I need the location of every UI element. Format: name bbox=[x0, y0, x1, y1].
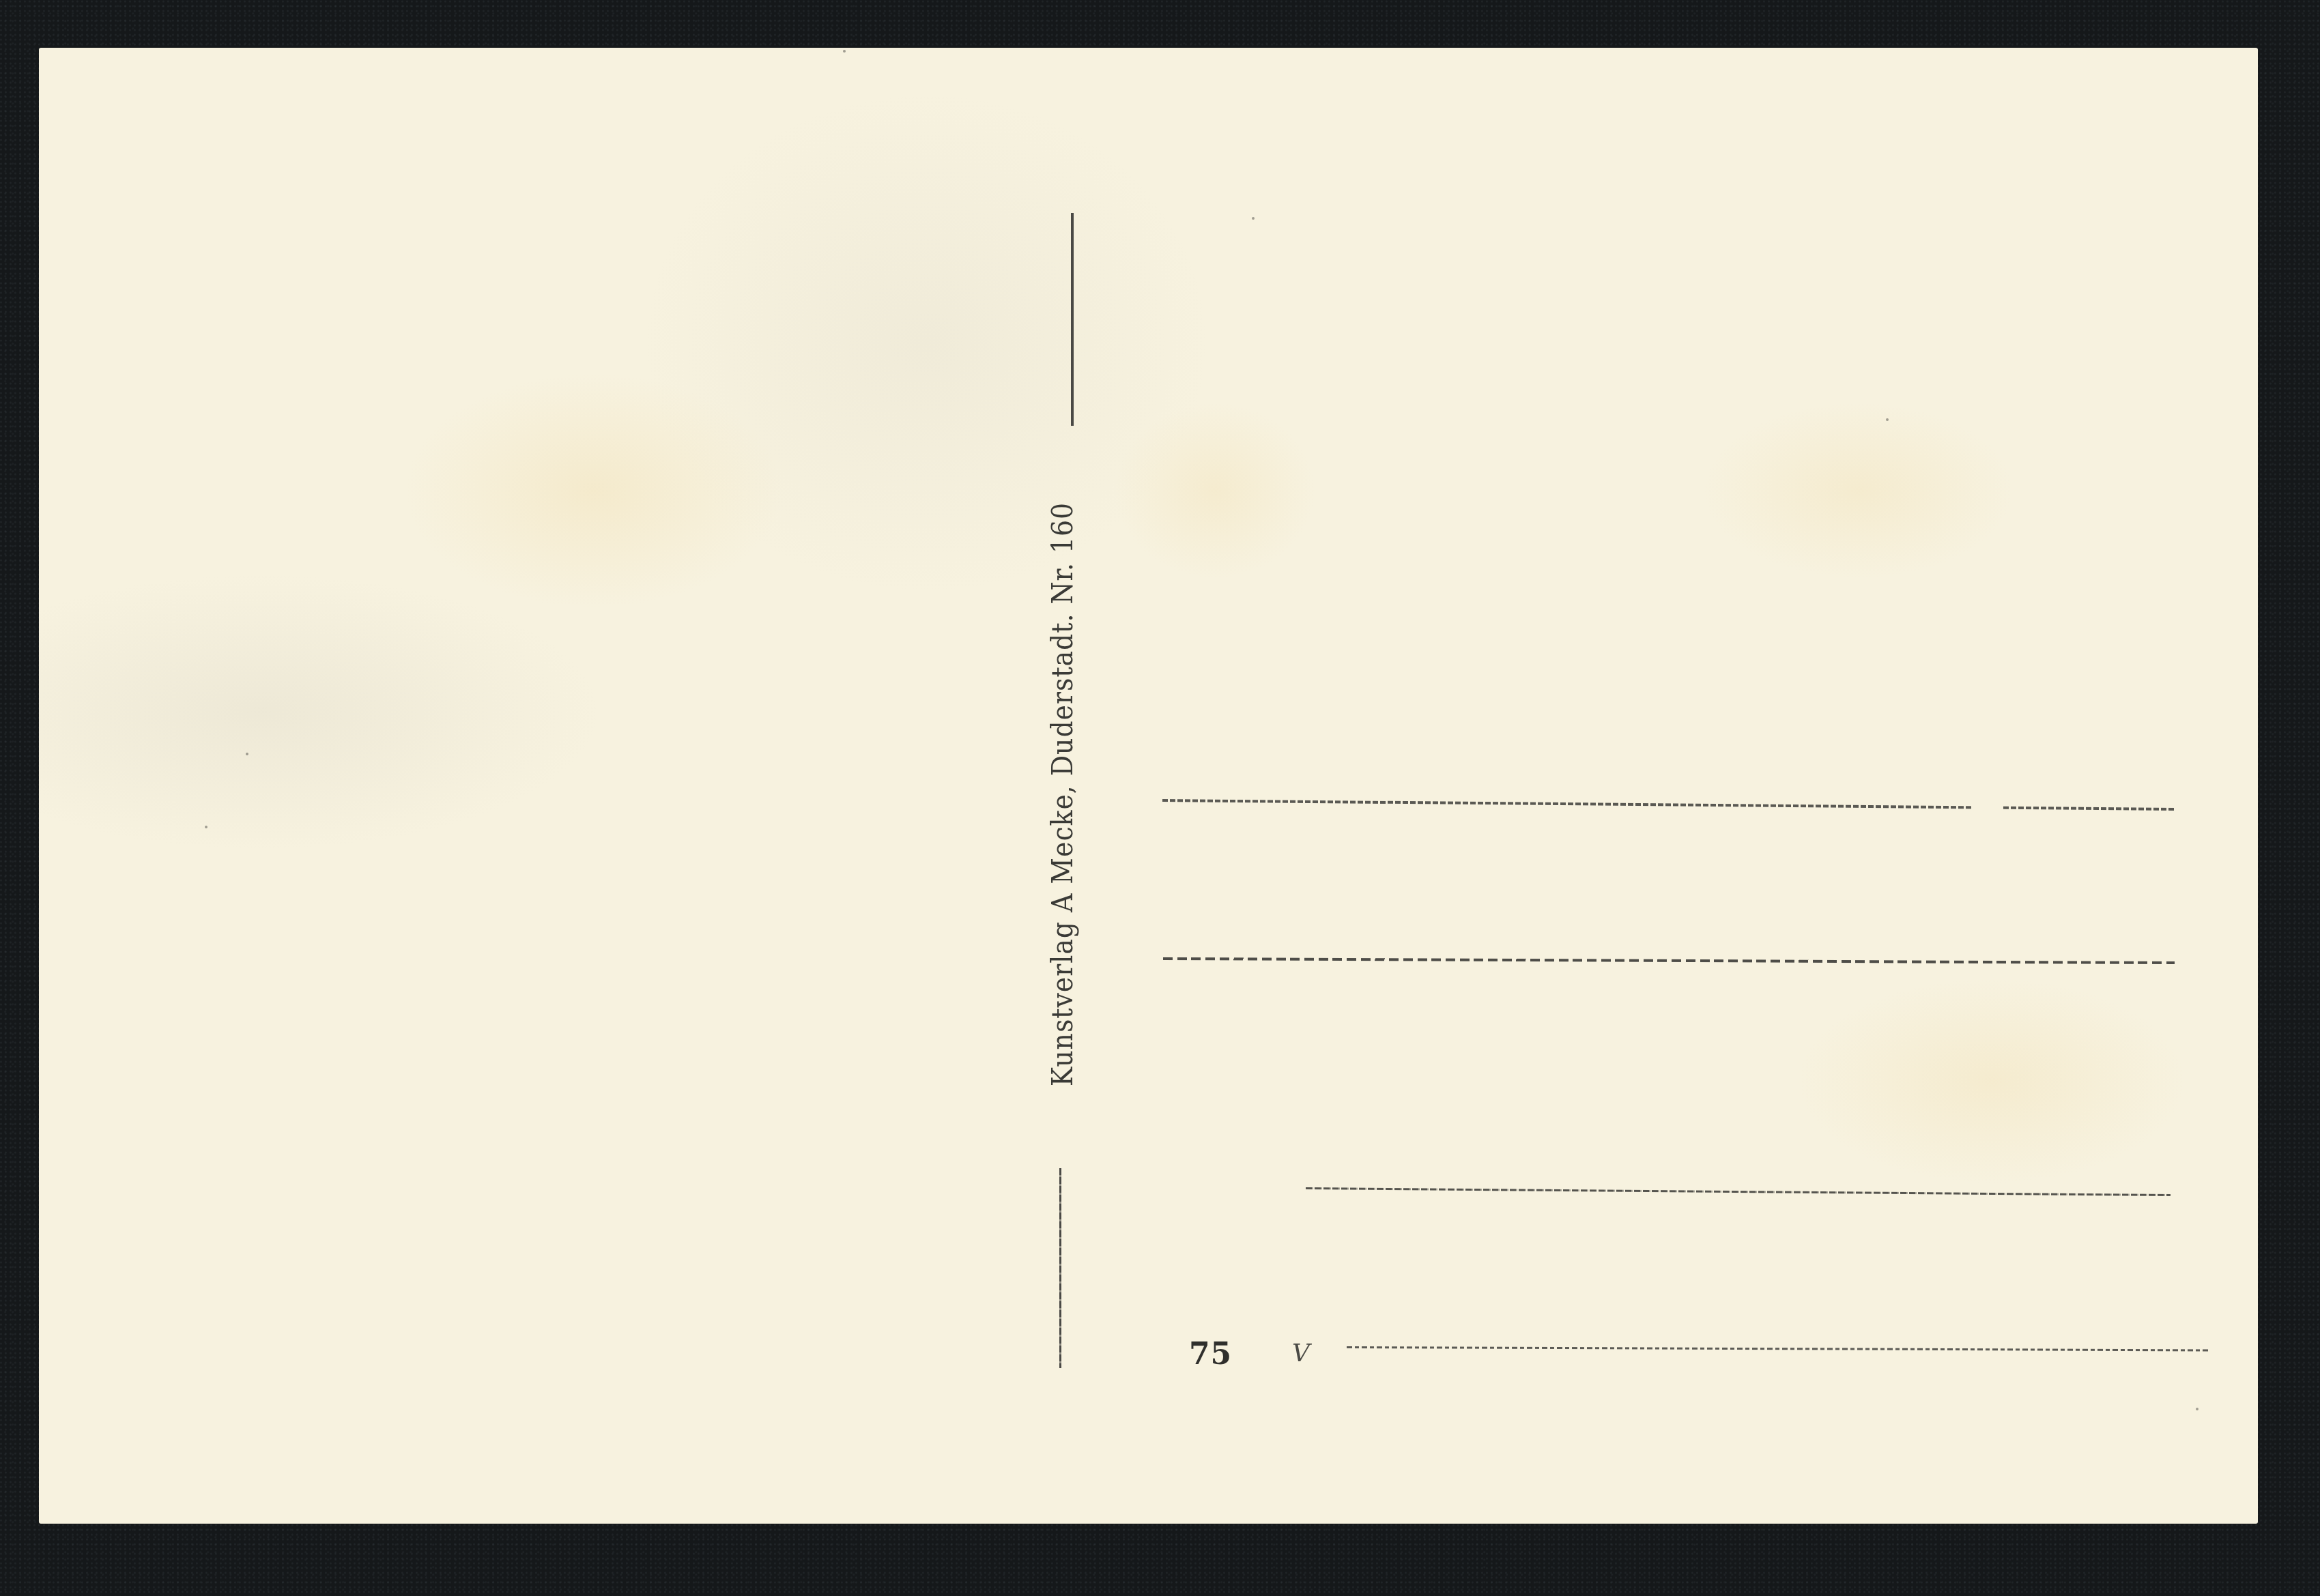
address-line-gap bbox=[1973, 804, 2003, 810]
postcard-back: Kunstverlag A Mecke, Duderstadt. Nr. 160… bbox=[39, 48, 2258, 1524]
publisher-imprint: Kunstverlag A Mecke, Duderstadt. Nr. 160 bbox=[1047, 446, 1078, 1142]
address-line-2 bbox=[1163, 957, 2175, 964]
address-line-3 bbox=[1306, 1187, 2171, 1196]
divider-line-bottom bbox=[1059, 1168, 1061, 1368]
paper-speck bbox=[246, 753, 248, 755]
divider-line-top bbox=[1071, 213, 1074, 426]
address-line-4 bbox=[1347, 1346, 2210, 1351]
paper-speck bbox=[1886, 418, 1889, 421]
paper-speck bbox=[205, 826, 207, 828]
address-line-1 bbox=[1162, 799, 2175, 811]
card-number: 75 bbox=[1189, 1337, 1232, 1372]
paper-speck bbox=[1252, 217, 1255, 220]
paper-speck bbox=[2196, 1408, 2199, 1410]
paper-speck bbox=[843, 50, 846, 53]
card-number-suffix: V bbox=[1292, 1339, 1310, 1367]
